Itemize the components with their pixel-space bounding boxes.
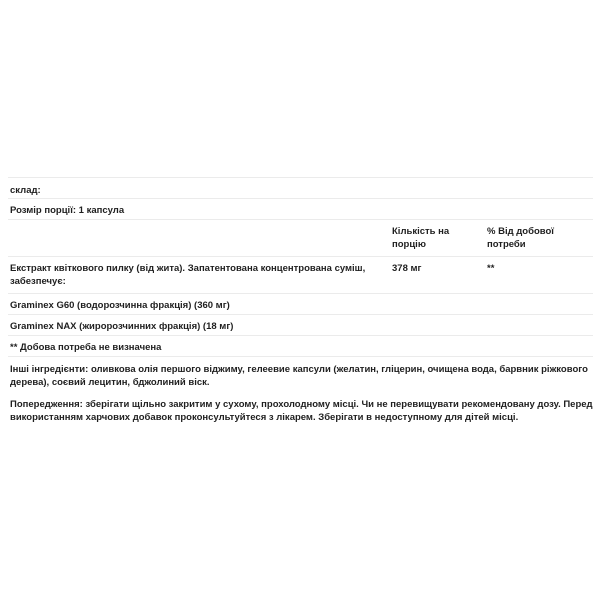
footnote-amount (390, 336, 485, 357)
ingredient-name: Graminex G60 (водорозчинна фракція) (360… (8, 294, 390, 315)
notes: Інші інгредієнти: оливкова олія першого … (10, 363, 595, 433)
ingredient-dv (485, 294, 593, 315)
ingredient-amount: 378 мг (390, 257, 485, 294)
composition-label: склад: (8, 178, 593, 199)
ingredient-name: Graminex NAX (жиророзчинних фракція) (18… (8, 315, 390, 336)
ingredient-amount (390, 315, 485, 336)
composition-row: склад: (8, 178, 593, 199)
table-row: Екстракт квіткового пилку (від жита). За… (8, 257, 593, 294)
warning: Попередження: зберігати щільно закритим … (10, 398, 595, 424)
supplement-facts: склад: Розмір порції: 1 капсула Кількіст… (8, 177, 593, 357)
serving-size: Розмір порції: 1 капсула (8, 199, 593, 220)
ingredient-name: Екстракт квіткового пилку (від жита). За… (8, 257, 390, 294)
header-ingredient (8, 220, 390, 257)
ingredient-dv (485, 315, 593, 336)
serving-size-row: Розмір порції: 1 капсула (8, 199, 593, 220)
footnote-row: ** Добова потреба не визначена (8, 336, 593, 357)
ingredient-amount (390, 294, 485, 315)
footnote-dv (485, 336, 593, 357)
header-amount: Кількість на порцію (390, 220, 485, 257)
header-daily-value: % Від добової потреби (485, 220, 593, 257)
table-row: Graminex G60 (водорозчинна фракція) (360… (8, 294, 593, 315)
table-header-row: Кількість на порцію % Від добової потреб… (8, 220, 593, 257)
ingredient-dv: ** (485, 257, 593, 294)
other-ingredients: Інші інгредієнти: оливкова олія першого … (10, 363, 595, 389)
footnote: ** Добова потреба не визначена (8, 336, 390, 357)
table-row: Graminex NAX (жиророзчинних фракція) (18… (8, 315, 593, 336)
supplement-facts-table: склад: Розмір порції: 1 капсула Кількіст… (8, 177, 593, 357)
